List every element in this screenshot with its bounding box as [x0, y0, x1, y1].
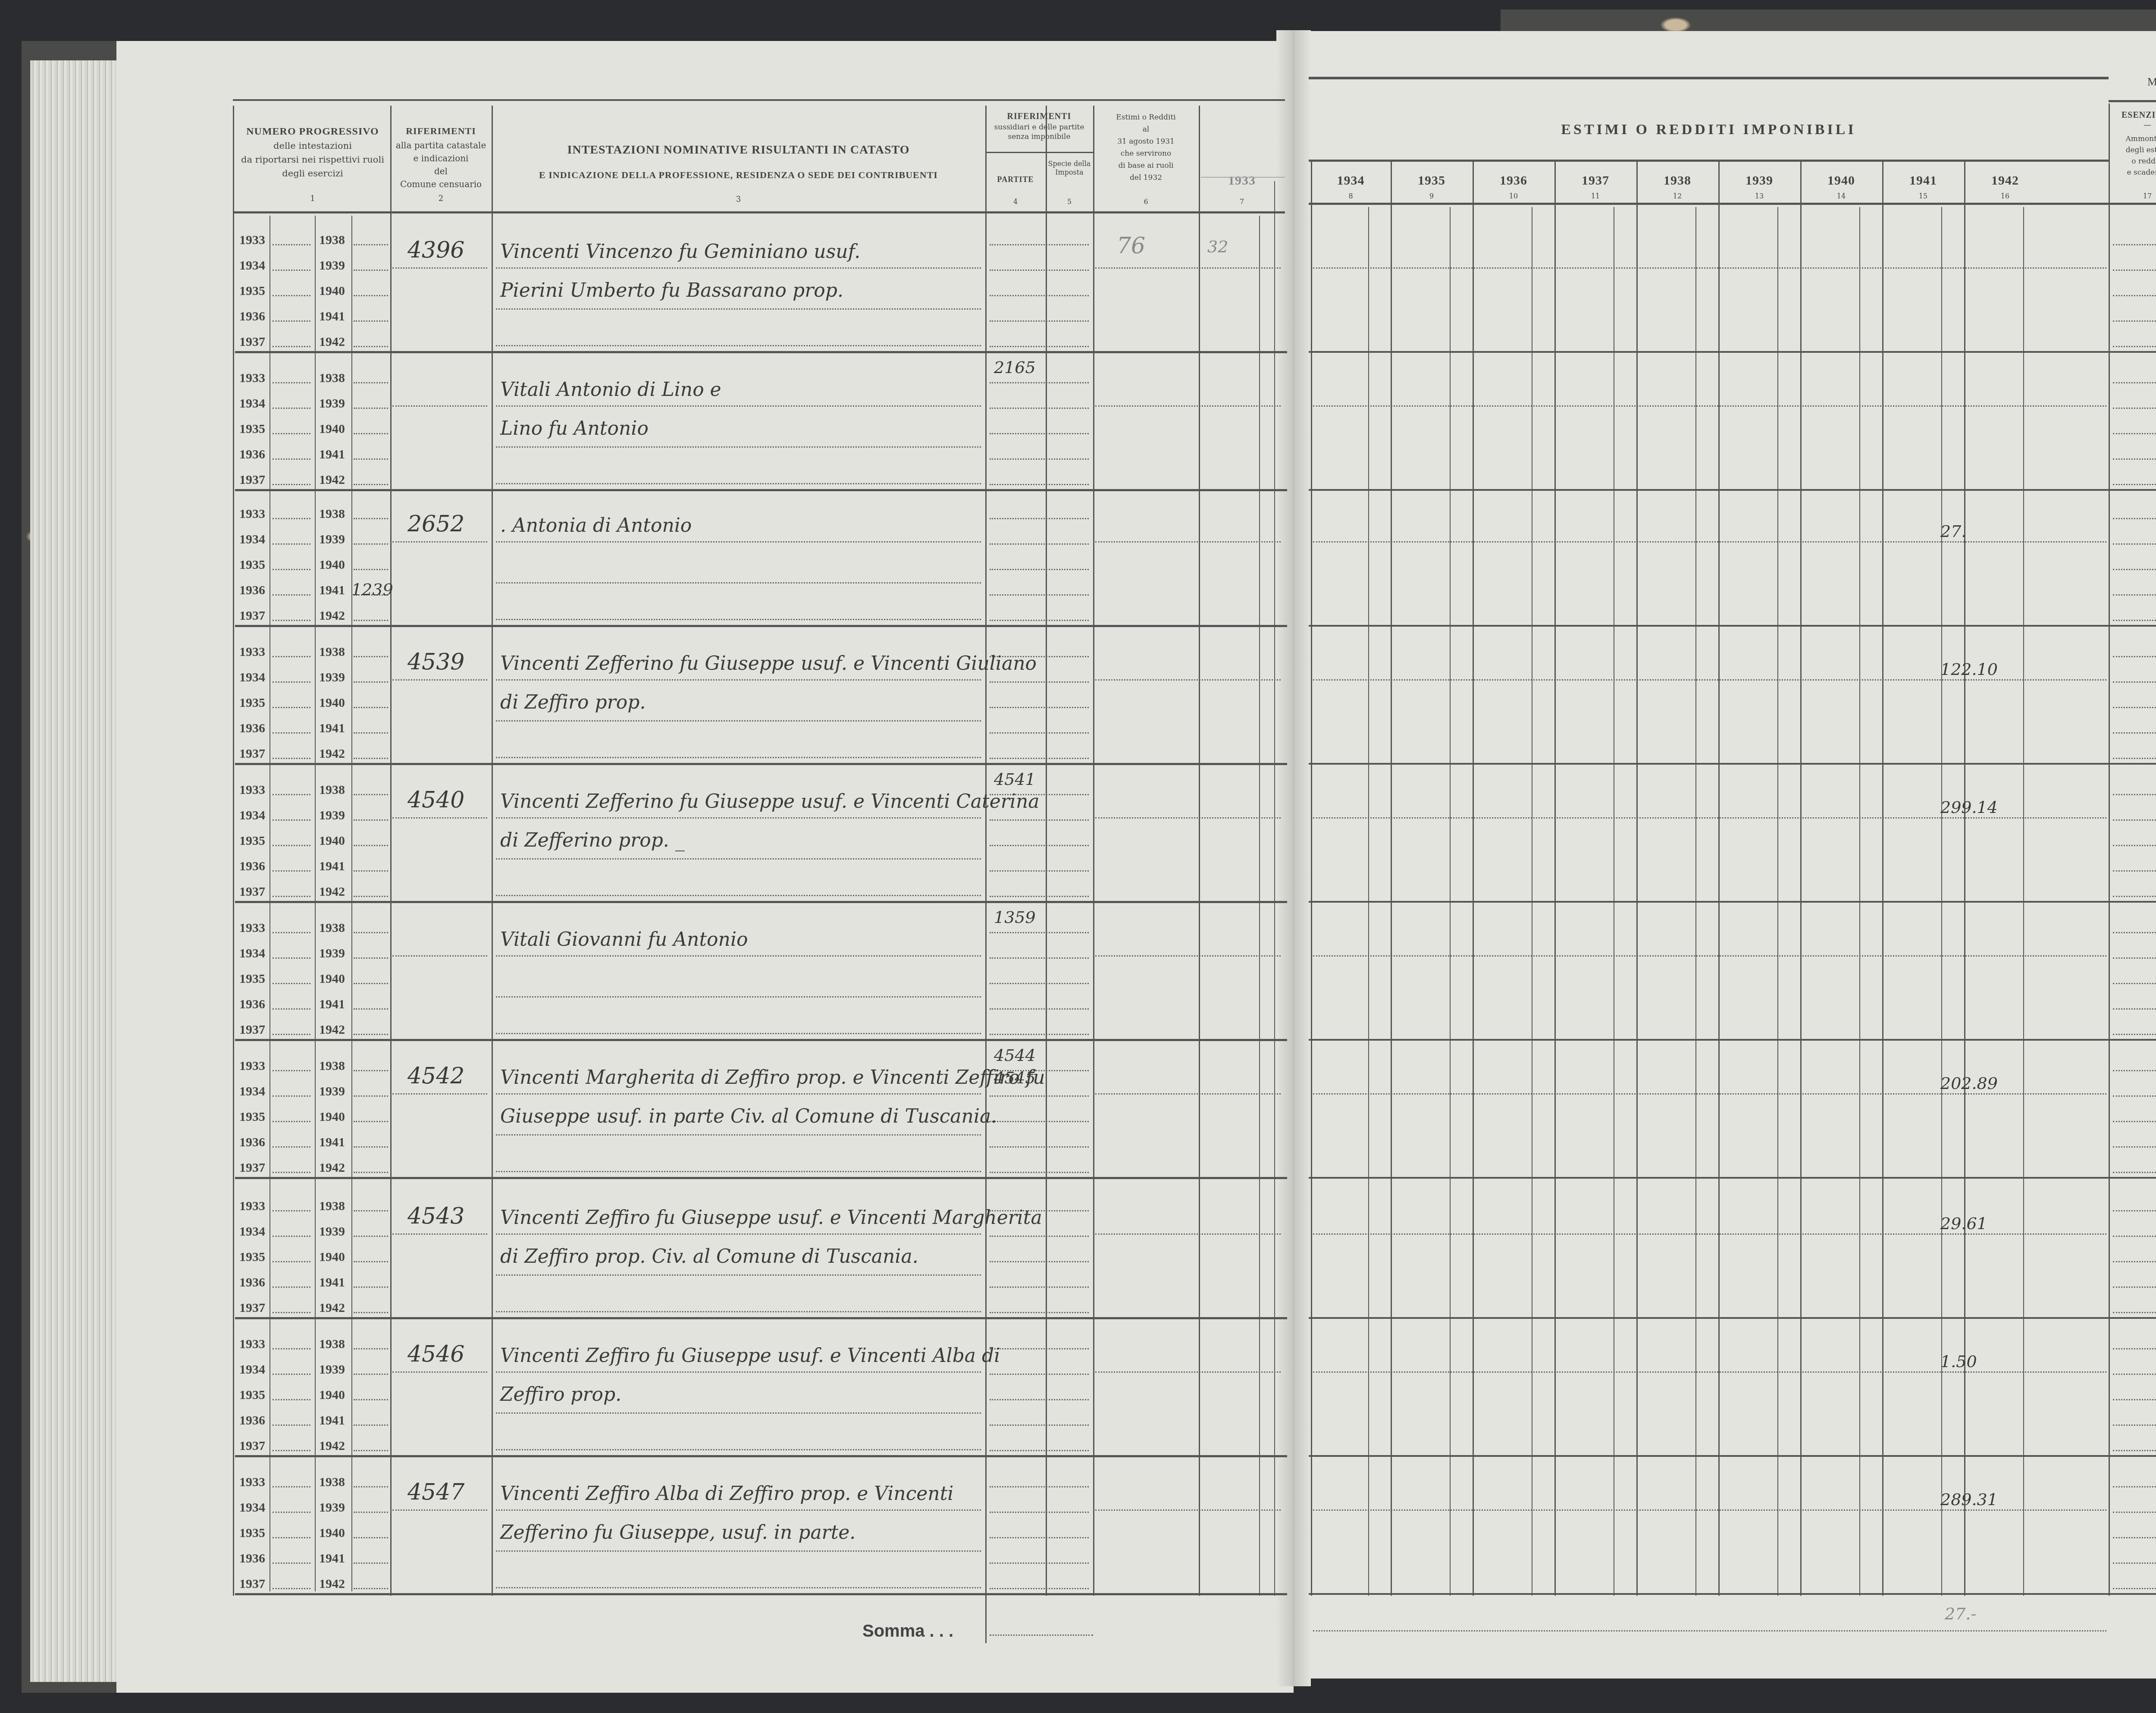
values-line [1313, 817, 2106, 819]
esenzioni-fill-line [2113, 1312, 2156, 1313]
year-label-left: 1933 [239, 371, 265, 386]
partita-number: 2652 [407, 511, 464, 537]
year-fill-line [273, 620, 310, 621]
esenzioni-fill-line [2113, 732, 2156, 734]
partita-line [392, 679, 487, 681]
year-label-right: 1940 [319, 1526, 345, 1540]
col7-year-1933: 1933 [1199, 173, 1285, 189]
partite-fill-line [990, 1261, 1089, 1262]
values-line [1313, 541, 2106, 543]
year-label-right: 1939 [319, 946, 345, 961]
name-line [496, 895, 981, 896]
entry-separator-left [235, 489, 1287, 491]
year-label-right: 1939 [319, 258, 345, 273]
partite-fill-line [990, 957, 1089, 959]
col7-divider [1201, 177, 1285, 178]
year-column-rule [1554, 162, 1556, 1596]
esenzioni-subtitle: e scadenze [2109, 168, 2156, 177]
partite-fill-line [990, 1034, 1089, 1035]
entry-separator-left [235, 1177, 1287, 1179]
somma-label: Somma . . . [862, 1622, 953, 1641]
year-label-right: 1938 [319, 645, 345, 659]
year-column-number: 13 [1718, 192, 1800, 201]
esenzioni-fill-line [2113, 1537, 2156, 1538]
partita-number: 4540 [407, 787, 464, 813]
year-fill-line [354, 1312, 388, 1313]
year-label-left: 1934 [239, 808, 265, 823]
name-line [496, 757, 981, 758]
year-label-right: 1940 [319, 696, 345, 710]
estimo-line [1095, 1233, 1281, 1235]
esenzioni-subtitle: degli estimi [2109, 146, 2156, 155]
partite-fill-line [990, 1424, 1089, 1426]
year-fill-line [273, 1562, 310, 1564]
year-label-right: 1941 [319, 583, 345, 598]
col4-label: PARTITE [985, 175, 1046, 185]
year-fill-line [273, 1512, 310, 1513]
esenzioni-fill-line [2113, 1008, 2156, 1010]
year-fill-line [273, 896, 310, 897]
somma-rule [985, 1596, 987, 1643]
partite-fill-line [990, 896, 1089, 897]
estimo-line [1095, 817, 1281, 819]
name-line [496, 405, 981, 407]
esenzioni-fill-line [2113, 1095, 2156, 1097]
year-label-left: 1934 [239, 1362, 265, 1377]
somma-line [990, 1635, 1093, 1636]
year-label-right: 1939 [319, 808, 345, 823]
year-fill-line [273, 1008, 310, 1010]
estimo-line [1095, 1093, 1281, 1095]
year-fill-line [354, 1261, 388, 1262]
year-header-1935: 1935 [1391, 173, 1473, 189]
esenzioni-fill-line [2113, 1261, 2156, 1262]
year-fill-line [354, 1486, 388, 1487]
esenzioni-fill-line [2113, 1399, 2156, 1400]
col45-divider [987, 152, 1093, 153]
year-label-left: 1933 [239, 783, 265, 797]
year-label-right: 1938 [319, 783, 345, 797]
year-fill-line [273, 433, 310, 434]
year-label-left: 1937 [239, 747, 265, 761]
esenzioni-fill-line [2113, 244, 2156, 245]
year-label-left: 1937 [239, 1023, 265, 1037]
estimo-line [1095, 679, 1281, 681]
year-label-left: 1936 [239, 1135, 265, 1150]
year-label-right: 1942 [319, 1439, 345, 1453]
name-line [496, 1093, 981, 1095]
year-label-left: 1933 [239, 233, 265, 248]
year-fill-line [273, 1095, 310, 1097]
estimo-1931-value: 76 [1117, 233, 1145, 259]
year-label-right: 1938 [319, 921, 345, 935]
partita-number: 4546 [407, 1341, 464, 1367]
esenzioni-fill-line [2113, 1286, 2156, 1288]
name-line [496, 267, 981, 269]
esenzioni-fill-line [2113, 484, 2156, 485]
partite-fill-line [990, 1512, 1089, 1513]
year-fill-line [273, 656, 310, 657]
year-header-1939: 1939 [1718, 173, 1800, 189]
esenzioni-fill-line [2113, 758, 2156, 759]
col45-subtitle: senza imponibile [985, 132, 1093, 141]
col6-subtitle: 31 agosto 1931 [1093, 137, 1199, 146]
esenzioni-fill-line [2113, 983, 2156, 984]
partite-fill-line [990, 845, 1089, 846]
year-fill-line [354, 270, 388, 271]
year-column-number: 10 [1473, 192, 1554, 201]
year-label-left: 1937 [239, 1577, 265, 1591]
book-gutter [1276, 30, 1311, 1686]
owner-name-line2: Giuseppe usuf. in parte Civ. al Comune d… [500, 1105, 997, 1127]
year-label-right: 1938 [319, 1059, 345, 1073]
year-fill-line [273, 819, 310, 821]
sussidiari-partita-2: 4545 [994, 1068, 1036, 1087]
year-fill-line [273, 1588, 310, 1589]
year-label-left: 1933 [239, 507, 265, 521]
year-fill-line [273, 1172, 310, 1173]
partite-fill-line [990, 681, 1089, 683]
col1-subtitle: degli esercizi [235, 168, 390, 179]
partite-fill-line [990, 758, 1089, 759]
entry-separator-right [1309, 901, 2156, 903]
owner-name-line1: Vincenti Zefferino fu Giuseppe usuf. e V… [500, 791, 1040, 813]
year-label-right: 1939 [319, 1500, 345, 1515]
partite-fill-line [990, 707, 1089, 708]
year-label-right: 1941 [319, 1413, 345, 1428]
partite-fill-line [990, 983, 1089, 984]
entry-separator-right [1309, 1177, 2156, 1179]
partita-line [392, 1371, 487, 1373]
form-title: Mod. 111 - Imposte Dirette (Intercalare)… [2147, 75, 2156, 88]
values-line [1313, 1371, 2106, 1373]
partita-line [392, 541, 487, 543]
year-column-number: 15 [1882, 192, 1964, 201]
year-label-right: 1941 [319, 447, 345, 462]
year-label-right: 1942 [319, 1577, 345, 1591]
page-stack-edge [30, 60, 116, 1682]
entry-separator-left [235, 1455, 1287, 1457]
name-line [496, 679, 981, 681]
year-fill-line [354, 1537, 388, 1538]
year-fill-line [273, 1070, 310, 1071]
esenzioni-fill-line [2113, 1070, 2156, 1071]
year-label-right: 1939 [319, 532, 345, 547]
partite-fill-line [990, 870, 1089, 872]
name-line [496, 817, 981, 819]
year-fill-line [273, 569, 310, 570]
owner-name-line1: Vitali Antonio di Lino e [500, 379, 721, 401]
owner-name-line2: di Zeffiro prop. [500, 691, 646, 713]
year-label-right: 1941 [319, 721, 345, 736]
year-fill-line [354, 1095, 388, 1097]
entry-separator-right [1309, 489, 2156, 491]
year-label-right: 1941 [319, 1275, 345, 1290]
name-line [496, 1449, 981, 1450]
year-fill-line [273, 1374, 310, 1375]
year-label-left: 1934 [239, 946, 265, 961]
esenzioni-subtitle: Ammontare [2109, 135, 2156, 144]
esenzioni-fill-line [2113, 620, 2156, 621]
partite-fill-line [990, 620, 1089, 621]
esenzioni-fill-line [2113, 346, 2156, 347]
year-label-right: 1942 [319, 609, 345, 623]
esenzioni-subtitle: o redditi [2109, 157, 2156, 166]
partita-number: 4542 [407, 1063, 464, 1089]
year-fill-line [354, 845, 388, 846]
sussidiari-partita: 2165 [994, 358, 1036, 377]
year-fill-line [354, 1348, 388, 1349]
year-label-left: 1937 [239, 1301, 265, 1315]
year-column-rule [1473, 162, 1474, 1596]
col5-number: 5 [1046, 198, 1093, 206]
estimo-line [1095, 1509, 1281, 1511]
owner-name-line1: . Antonia di Antonio [500, 515, 692, 536]
year-fill-line [354, 1512, 388, 1513]
left-column-rule [985, 106, 987, 1596]
estimo-1931-cents: 32 [1207, 237, 1228, 256]
year-subcolumn-rule [269, 216, 270, 1591]
annot-top-rule [2109, 100, 2156, 102]
year-fill-line [354, 1286, 388, 1288]
col2-title: RIFERIMENTI [390, 125, 492, 137]
year-fill-line [354, 1172, 388, 1173]
partite-fill-line [990, 932, 1089, 933]
name-line [496, 541, 981, 543]
year-label-left: 1937 [239, 609, 265, 623]
partite-fill-line [990, 458, 1089, 460]
year-label-left: 1933 [239, 1199, 265, 1214]
year-label-left: 1936 [239, 1551, 265, 1566]
col1-subtitle: da riportarsi nei rispettivi ruoli [235, 154, 390, 165]
year-label-right: 1939 [319, 670, 345, 685]
year-label-left: 1935 [239, 1526, 265, 1540]
values-line [1313, 955, 2106, 957]
esenzioni-fill-line [2113, 270, 2156, 271]
esenzioni-fill-line [2113, 382, 2156, 383]
year-label-left: 1937 [239, 885, 265, 899]
ruolo-note: 1239 [351, 580, 393, 599]
owner-name-line1: Vitali Giovanni fu Antonio [500, 929, 748, 951]
esenzioni-fill-line [2113, 1562, 2156, 1564]
year-label-left: 1934 [239, 396, 265, 411]
year-label-left: 1934 [239, 532, 265, 547]
value-1941: 299.14 [1940, 798, 1998, 817]
col2-subtitle: Comune censuario [390, 179, 492, 190]
partite-fill-line [990, 1348, 1089, 1349]
name-line [496, 1371, 981, 1373]
year-fill-line [354, 382, 388, 383]
entry-separator-left [235, 1317, 1287, 1319]
esenzioni-fill-line [2113, 1450, 2156, 1451]
value-1941: 27. [1940, 522, 1966, 541]
year-fill-line [354, 433, 388, 434]
col1-number: 1 [235, 194, 390, 204]
year-fill-line [354, 1236, 388, 1237]
year-fill-line [354, 518, 388, 519]
estimi-title: ESTIMI O REDDITI IMPONIBILI [1309, 121, 2109, 139]
year-fill-line [273, 320, 310, 322]
year-fill-line [273, 845, 310, 846]
year-label-right: 1938 [319, 1475, 345, 1490]
partite-fill-line [990, 1121, 1089, 1122]
year-label-right: 1938 [319, 233, 345, 248]
year-fill-line [273, 1486, 310, 1487]
partite-fill-line [990, 244, 1089, 245]
year-label-left: 1937 [239, 473, 265, 487]
partite-fill-line [990, 408, 1089, 409]
partite-fill-line [990, 320, 1089, 322]
year-label-right: 1941 [319, 859, 345, 874]
name-line [496, 308, 981, 310]
name-line [496, 996, 981, 998]
year-fill-line [273, 681, 310, 683]
col6-cents-rule [1259, 216, 1260, 1596]
esenzioni-fill-line [2113, 543, 2156, 545]
partita-line [392, 1093, 487, 1095]
esenzioni-fill-line [2113, 1424, 2156, 1426]
esenzioni-fill-line [2113, 794, 2156, 795]
year-label-left: 1934 [239, 670, 265, 685]
entry-separator-left [235, 625, 1287, 627]
col6-subtitle: di base ai ruoli [1093, 161, 1199, 170]
year-label-right: 1940 [319, 1388, 345, 1402]
year-fill-line [273, 794, 310, 795]
year-fill-line [273, 1424, 310, 1426]
partite-fill-line [990, 295, 1089, 296]
year-label-right: 1938 [319, 1337, 345, 1352]
year-label-right: 1942 [319, 1161, 345, 1175]
partite-fill-line [990, 1486, 1089, 1487]
year-label-left: 1937 [239, 1161, 265, 1175]
year-fill-line [273, 270, 310, 271]
esenzioni-fill-line [2113, 845, 2156, 846]
year-fill-line [354, 543, 388, 545]
year-fill-line [354, 819, 388, 821]
year-header-1940: 1940 [1800, 173, 1882, 189]
partita-line [392, 817, 487, 819]
year-label-right: 1939 [319, 1362, 345, 1377]
year-label-left: 1935 [239, 1388, 265, 1402]
header-top-rule [233, 99, 1285, 101]
year-label-left: 1934 [239, 1500, 265, 1515]
entry-separator-left [235, 351, 1287, 353]
year-column-rule [1718, 162, 1720, 1596]
year-column-number: 11 [1554, 192, 1636, 201]
name-line [496, 619, 981, 620]
esenzioni-fill-line [2113, 458, 2156, 460]
year-column-number: 9 [1391, 192, 1473, 201]
year-fill-line [273, 1261, 310, 1262]
year-label-left: 1936 [239, 997, 265, 1012]
col7-subrule [1274, 181, 1275, 1596]
entry-separator-right [1309, 1455, 2156, 1457]
esenzioni-fill-line [2113, 896, 2156, 897]
year-fill-line [354, 346, 388, 347]
col6-subtitle: che servirono [1093, 149, 1199, 158]
partite-fill-line [990, 594, 1089, 596]
left-column-rule [492, 106, 493, 1596]
owner-name-line1: Vincenti Margherita di Zeffiro prop. e V… [500, 1067, 1045, 1089]
owner-name-line1: Vincenti Zeffiro Alba di Zeffiro prop. e… [500, 1483, 953, 1505]
year-fill-line [354, 569, 388, 570]
partite-fill-line [990, 1172, 1089, 1173]
year-label-right: 1941 [319, 1551, 345, 1566]
year-fill-line [273, 1146, 310, 1148]
esenzioni-fill-line [2113, 1034, 2156, 1035]
right-header-top-rule [1309, 77, 2109, 79]
esenzioni-fill-line [2113, 819, 2156, 821]
year-fill-line [273, 707, 310, 708]
year-label-left: 1936 [239, 583, 265, 598]
year-fill-line [354, 870, 388, 872]
year-column-rule [1636, 162, 1638, 1596]
entry-separator-left [235, 1039, 1287, 1041]
partita-line [392, 267, 487, 269]
partita-number: 4396 [407, 237, 464, 263]
year-label-right: 1942 [319, 1023, 345, 1037]
owner-name-line2: Pierini Umberto fu Bassarano prop. [500, 279, 843, 301]
values-line [1313, 1233, 2106, 1235]
year-label-right: 1939 [319, 1084, 345, 1099]
owner-name-line2: Zefferino fu Giuseppe, usuf. in parte. [500, 1522, 856, 1544]
year-label-left: 1935 [239, 1110, 265, 1124]
year-fill-line [273, 594, 310, 596]
partite-fill-line [990, 1450, 1089, 1451]
year-label-left: 1937 [239, 335, 265, 349]
right-header-bottom-rule [1309, 203, 2156, 205]
year-column-rule [1882, 162, 1883, 1596]
year-fill-line [273, 1399, 310, 1400]
year-fill-line [273, 408, 310, 409]
esenzioni-fill-line [2113, 1486, 2156, 1487]
owner-name-line1: Vincenti Zeffiro fu Giuseppe usuf. e Vin… [500, 1345, 1000, 1367]
value-1941: 122.10 [1940, 660, 1998, 679]
partita-line [392, 1509, 487, 1511]
year-label-right: 1939 [319, 1224, 345, 1239]
col3-number: 3 [492, 195, 985, 205]
name-line [496, 858, 981, 860]
year-label-left: 1936 [239, 309, 265, 324]
name-line [496, 483, 981, 484]
year-fill-line [354, 1070, 388, 1071]
year-fill-line [273, 957, 310, 959]
year-fill-line [273, 1348, 310, 1349]
year-label-left: 1936 [239, 859, 265, 874]
partite-fill-line [990, 819, 1089, 821]
year-fill-line [273, 732, 310, 734]
partite-fill-line [990, 1399, 1089, 1400]
partita-line [392, 1233, 487, 1235]
year-label-right: 1938 [319, 371, 345, 386]
entry-separator-left [235, 901, 1287, 903]
year-header-1941: 1941 [1882, 173, 1964, 189]
entry-separator-right [1309, 1317, 2156, 1319]
year-fill-line [354, 1562, 388, 1564]
year-label-right: 1940 [319, 1110, 345, 1124]
year-header-1934: 1934 [1311, 173, 1391, 189]
year-fill-line [273, 346, 310, 347]
esenzioni-fill-line [2113, 681, 2156, 683]
estimo-line [1095, 405, 1281, 407]
name-line [496, 1134, 981, 1136]
year-label-left: 1936 [239, 447, 265, 462]
year-label-right: 1942 [319, 473, 345, 487]
year-column-number: 8 [1311, 192, 1391, 201]
col7-number: 7 [1199, 198, 1285, 206]
sussidiari-partita: 1359 [994, 908, 1036, 927]
year-label-left: 1936 [239, 721, 265, 736]
